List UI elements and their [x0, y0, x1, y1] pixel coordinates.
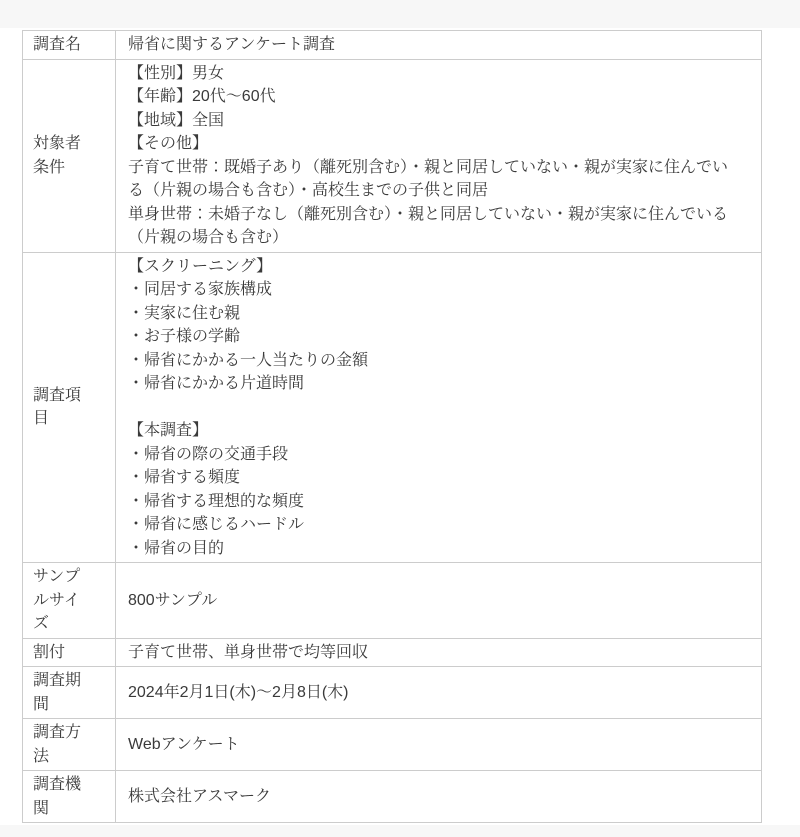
row-value-survey-method: Webアンケート [116, 719, 762, 771]
row-value-sample-size: 800サンプル [116, 563, 762, 639]
row-label-survey-method: 調査方法 [23, 719, 116, 771]
survey-overview-table: 調査名 帰省に関するアンケート調査 対象者条件 【性別】男女 【年齢】20代～6… [22, 30, 762, 823]
row-value-survey-period: 2024年2月1日(木)～2月8日(木) [116, 667, 762, 719]
article-content-area: 調査名 帰省に関するアンケート調査 対象者条件 【性別】男女 【年齢】20代～6… [0, 28, 800, 825]
row-value-survey-name: 帰省に関するアンケート調査 [116, 31, 762, 60]
row-value-survey-organization: 株式会社アスマーク [116, 771, 762, 823]
row-label-survey-items: 調査項目 [23, 252, 116, 563]
table-row-allocation: 割付 子育て世帯、単身世帯で均等回収 [23, 638, 762, 667]
row-value-survey-items: 【スクリーニング】 ・同居する家族構成 ・実家に住む親 ・お子様の学齢 ・帰省に… [116, 252, 762, 563]
table-row-survey-period: 調査期間 2024年2月1日(木)～2月8日(木) [23, 667, 762, 719]
table-row-survey-items: 調査項目 【スクリーニング】 ・同居する家族構成 ・実家に住む親 ・お子様の学齢… [23, 252, 762, 563]
row-label-survey-organization: 調査機関 [23, 771, 116, 823]
table-row-sample-size: サンプルサイズ 800サンプル [23, 563, 762, 639]
row-value-allocation: 子育て世帯、単身世帯で均等回収 [116, 638, 762, 667]
row-label-survey-name: 調査名 [23, 31, 116, 60]
row-label-survey-period: 調査期間 [23, 667, 116, 719]
table-row-survey-method: 調査方法 Webアンケート [23, 719, 762, 771]
row-label-sample-size: サンプルサイズ [23, 563, 116, 639]
row-value-target-conditions: 【性別】男女 【年齢】20代～60代 【地域】全国 【その他】 子育て世帯：既婚… [116, 59, 762, 252]
table-row-survey-organization: 調査機関 株式会社アスマーク [23, 771, 762, 823]
table-row-target-conditions: 対象者条件 【性別】男女 【年齢】20代～60代 【地域】全国 【その他】 子育… [23, 59, 762, 252]
table-row-survey-name: 調査名 帰省に関するアンケート調査 [23, 31, 762, 60]
row-label-target-conditions: 対象者条件 [23, 59, 116, 252]
row-label-allocation: 割付 [23, 638, 116, 667]
